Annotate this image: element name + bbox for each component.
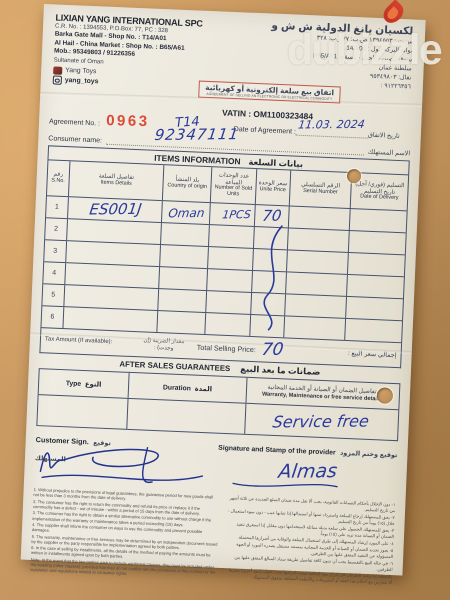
terms-english: 1. Without prejudice to the provisions o…: [30, 487, 219, 581]
col-serial: الرقم التسلسلي Serial Number: [289, 170, 352, 208]
col-type: Type النوع: [39, 369, 130, 398]
yang-toys-logo-icon: [53, 66, 62, 74]
instagram-icon: [53, 76, 62, 85]
provider-sign-label-en: Signature and Stamp of the provider: [218, 445, 336, 457]
total-selling-price-label-ar: إجمالي سعر البيع :: [348, 349, 397, 359]
col-origin: بلد المنشأ Country of origin: [163, 165, 212, 202]
tax-amount-label-ar: مقدار الضريبة (إن وجدت) :: [135, 337, 194, 353]
customer-signature-scribble: [34, 437, 211, 490]
total-price-handwritten: 70: [261, 341, 285, 358]
warranty-value-handwritten: Service free: [272, 413, 370, 430]
col-price: سعر الوحدة Unite Price: [256, 169, 291, 205]
item-price-handwritten: 70: [261, 209, 282, 224]
agreement-no-stamp: 0963: [106, 113, 150, 129]
customer-sign-area: Customer Sign. توقيع المستهلك: [34, 429, 131, 489]
item-units-handwritten: 1PCS: [221, 209, 251, 220]
guarantees-title-en: AFTER SALES GUARANTEES: [119, 359, 230, 373]
provider-sign-label-ar: توقيع وختم المزود: [340, 450, 398, 459]
agreement-paper: LIXIAN YANG INTERNATIONAL SPC C.R. No. :…: [21, 4, 426, 576]
col-details: تفاصيل السلعة Items Details: [69, 161, 165, 200]
total-selling-price-label: Total Selling Price:: [197, 342, 256, 353]
brand-name: Yang Toys: [65, 66, 96, 76]
consumer-name-label-ar: الاسم المستهلك: [368, 148, 411, 158]
col-units: عدد الوحدات المباعة Number of Sold Units: [211, 167, 257, 204]
items-title-ar: بيانات السلعة: [248, 156, 303, 168]
consumer-name-handwritten: 92347111: [153, 127, 239, 143]
tax-amount-label: Tax Amount (If available):: [45, 337, 131, 348]
terms-arabic: ١- دون الإخلال بأحكام الضمانات القانونية…: [224, 495, 395, 589]
terms-and-conditions: 1. Without prejudice to the provisions o…: [30, 487, 395, 589]
item-details-handwritten: ES001J: [88, 202, 142, 218]
guarantees-title-ar: ضمانات ما بعد البيع: [240, 364, 321, 378]
instagram-handle: yang_toys: [65, 76, 99, 87]
dubizzle-watermark: dubizzle: [287, 26, 441, 75]
handwritten-void-squiggle: [252, 223, 290, 332]
col-duration: Duration المدة: [129, 373, 248, 403]
date-handwritten: 11.03. 2024: [298, 119, 366, 131]
col-sno: رقم S.No.: [47, 160, 70, 196]
item-origin-handwritten: Oman: [167, 206, 205, 218]
consumer-name-label: Consumer name:: [48, 135, 102, 144]
